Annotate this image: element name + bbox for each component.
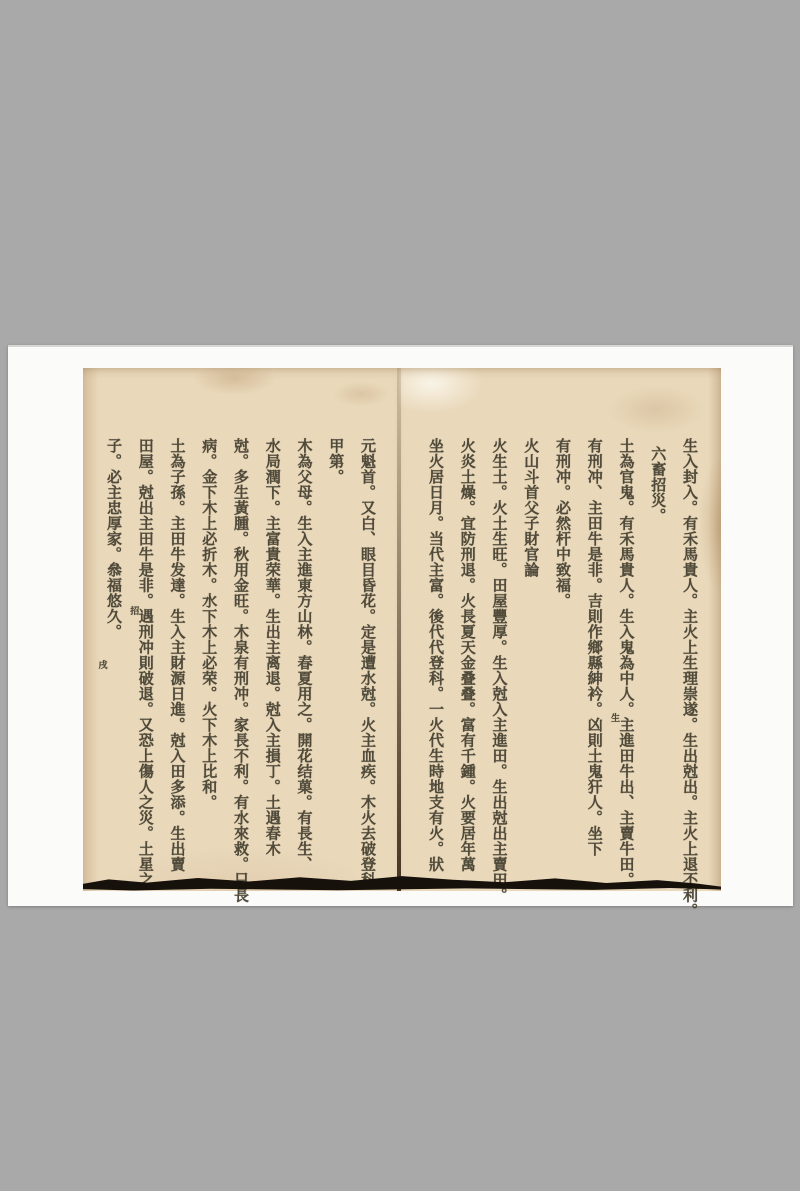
text-column: 子。必主忠厚家。叅福悠久。 戌 [104, 438, 123, 881]
text-column: 火生土。火土生旺。田屋豐厚。生入尅入主進田。生出尅出主賣田。 [490, 438, 509, 881]
text-column: 有刑冲、主田牛是非。吉則作鄉縣紳衿。凶則土鬼犴人。坐下 [585, 438, 604, 881]
text-column: 尅。多生黃腫。秋用金旺。木泉有刑冲。家長不利。有水來救。只長 [231, 438, 250, 881]
text-column: 坐火居日月。当代主富。後代代登科。一火代生時地支有火。狀 [426, 438, 445, 881]
text-column: 水局潤下。主富貴荣華。生出主离退。尅入主損丁。土遇春木 [263, 438, 282, 881]
book-spine [397, 368, 401, 891]
text-column: 火炎土燥。宜防刑退。火長夏天金叠叠。富有千鍾。火要居年萬 [458, 438, 477, 881]
text-column: 土為子孫。主田牛发達。生入主財源日進。尅入田多添。生出賣 [168, 438, 187, 881]
text-column: 生入封入。有禾馬貴人。主火上生理崇遂。生出尅出。主火上退不利。 [680, 438, 699, 881]
section-heading-column: 火山斗首父子財官論 [522, 438, 541, 881]
interlinear-note: 生 [608, 713, 619, 722]
interlinear-note: 招 [127, 606, 138, 615]
text-column: 元魁首。又白、眼目昏花。定是遭水尅。火主血疾。木火去破登科 [358, 438, 377, 881]
scan-background: 元魁首。又白、眼目昏花。定是遭水尅。火主血疾。木火去破登科 甲第。 木為父母。生… [0, 0, 800, 1191]
text-column: 土為官鬼。有禾馬貴人。生入鬼為中人。主進田牛出、主賣牛田。 生 [617, 438, 636, 881]
right-page-text: 生入封入。有禾馬貴人。主火上生理崇遂。生出尅出。主火上退不利。 六畜招災。 土為… [399, 368, 721, 891]
left-page: 元魁首。又白、眼目昏花。定是遭水尅。火主血疾。木火去破登科 甲第。 木為父母。生… [83, 368, 399, 891]
text-column: 田屋。尅出主田牛是非。遇刑冲則破退。又恐上傷人之災。土星之 招 [136, 438, 155, 881]
text-column: 病。金下木上必折木。水下木上必荣。火下木上比和。 [200, 438, 219, 881]
right-page: 生入封入。有禾馬貴人。主火上生理崇遂。生出尅出。主火上退不利。 六畜招災。 土為… [399, 368, 721, 891]
text-column: 六畜招災。 [649, 446, 668, 881]
text-column: 甲第。 [327, 438, 346, 881]
left-page-text: 元魁首。又白、眼目昏花。定是遭水尅。火主血疾。木火去破登科 甲第。 木為父母。生… [83, 368, 399, 891]
text-column: 有刑冲。必然杆中致福。 [553, 438, 572, 881]
text-column: 木為父母。生入主進東方山林。春夏用之。開花结菓。有長生、 [295, 438, 314, 881]
interlinear-note: 戌 [95, 660, 106, 669]
